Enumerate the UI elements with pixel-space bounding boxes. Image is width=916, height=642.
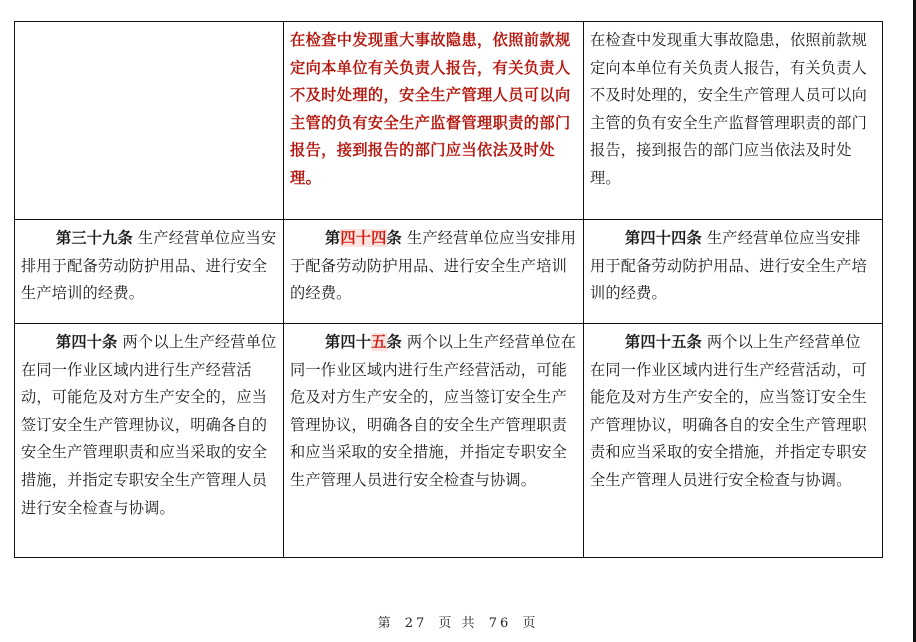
law-comparison-table: 在检查中发现重大事故隐患，依照前款规定向本单位有关负责人报告，有关负责人不及时处… — [14, 21, 883, 558]
article-text: 两个以上生产经营单位在同一作业区域内进行生产经营活动，可能危及对方生产安全的，应… — [590, 333, 867, 489]
article-number-suffix: 条 — [387, 333, 402, 351]
cell-original-empty — [15, 22, 284, 220]
footer-label-of: 页 共 — [438, 616, 477, 631]
article-number: 第四十四条 — [325, 229, 402, 247]
cell-final: 第四十四条 生产经营单位应当安排用于配备劳动防护用品、进行安全生产培训的经费。 — [584, 220, 883, 324]
final-text: 在检查中发现重大事故隐患，依照前款规定向本单位有关负责人报告，有关负责人不及时处… — [590, 31, 867, 187]
article-number-prefix: 第四十 — [325, 333, 371, 351]
cell-draft-revision: 在检查中发现重大事故隐患，依照前款规定向本单位有关负责人报告，有关负责人不及时处… — [284, 22, 584, 220]
total-pages: 76 — [489, 616, 512, 631]
table-row: 在检查中发现重大事故隐患，依照前款规定向本单位有关负责人报告，有关负责人不及时处… — [15, 22, 883, 220]
cell-final: 第四十五条 两个以上生产经营单位在同一作业区域内进行生产经营活动，可能危及对方生… — [584, 324, 883, 558]
article-number-prefix: 第 — [325, 229, 340, 247]
article-number-changed: 五 — [371, 333, 386, 351]
article-number-suffix: 条 — [387, 229, 402, 247]
footer-label-end: 页 — [522, 616, 538, 631]
page-footer: 第 27 页 共 76 页 — [0, 612, 916, 631]
article-number: 第四十五条 — [625, 333, 702, 351]
table-row: 第三十九条 生产经营单位应当安排用于配备劳动防护用品、进行安全生产培训的经费。 … — [15, 220, 883, 324]
current-page-number: 27 — [405, 616, 428, 631]
article-number-changed: 四十四 — [340, 229, 386, 247]
footer-label-page: 第 — [378, 616, 394, 631]
cell-original: 第三十九条 生产经营单位应当安排用于配备劳动防护用品、进行安全生产培训的经费。 — [15, 220, 284, 324]
article-number: 第四十五条 — [325, 333, 402, 351]
cell-draft: 第四十四条 生产经营单位应当安排用于配备劳动防护用品、进行安全生产培训的经费。 — [284, 220, 584, 324]
article-text: 两个以上生产经营单位在同一作业区域内进行生产经营活动，可能危及对方生产安全的，应… — [21, 333, 276, 517]
cell-final: 在检查中发现重大事故隐患，依照前款规定向本单位有关负责人报告，有关负责人不及时处… — [584, 22, 883, 220]
cell-draft: 第四十五条 两个以上生产经营单位在同一作业区域内进行生产经营活动，可能危及对方生… — [284, 324, 584, 558]
article-text: 两个以上生产经营单位在同一作业区域内进行生产经营活动，可能危及对方生产安全的，应… — [290, 333, 576, 489]
article-number: 第四十条 — [56, 333, 118, 351]
table-row: 第四十条 两个以上生产经营单位在同一作业区域内进行生产经营活动，可能危及对方生产… — [15, 324, 883, 558]
cell-original: 第四十条 两个以上生产经营单位在同一作业区域内进行生产经营活动，可能危及对方生产… — [15, 324, 284, 558]
article-number: 第三十九条 — [56, 229, 133, 247]
article-number: 第四十四条 — [625, 229, 702, 247]
revised-text-red: 在检查中发现重大事故隐患，依照前款规定向本单位有关负责人报告，有关负责人不及时处… — [290, 31, 571, 187]
